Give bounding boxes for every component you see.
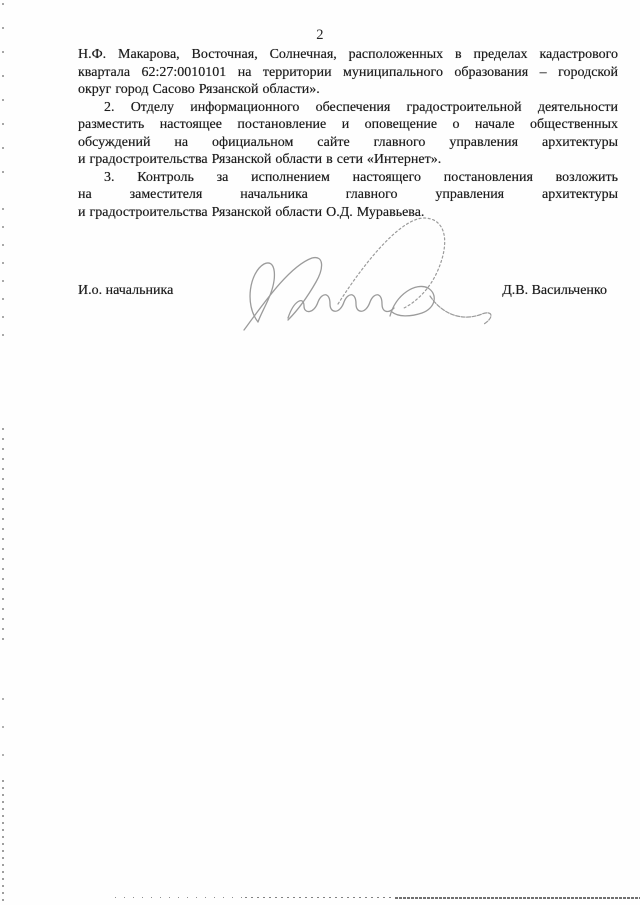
text-line: разместить настоящее постановление и опо… [78, 116, 618, 134]
text-line: 3. Контроль за исполнением настоящего по… [78, 169, 618, 187]
scan-noise-left-edge [2, 208, 4, 336]
page-number: 2 [0, 27, 640, 44]
text-line: квартала 62:27:0010101 на территории мун… [78, 64, 618, 82]
signature-tail [430, 296, 491, 324]
document-text: Н.Ф. Макарова, Восточная, Солнечная, рас… [78, 46, 618, 221]
scan-noise-left-edge [2, 698, 4, 762]
handwritten-signature [238, 212, 500, 340]
scan-noise-left-edge [2, 780, 4, 902]
scan-page-bottom-edge-line [245, 897, 395, 898]
scan-page-bottom-edge-line [395, 897, 640, 899]
paragraph: 2. Отделу информационного обеспечения гр… [78, 99, 618, 169]
text-line: 2. Отделу информационного обеспечения гр… [78, 99, 618, 117]
text-line: обсуждений на официальном сайте главного… [78, 134, 618, 152]
signature-block: И.о. начальника Д.В. Васильченко [78, 283, 607, 299]
paragraph: 3. Контроль за исполнением настоящего по… [78, 169, 618, 222]
text-line: Н.Ф. Макарова, Восточная, Солнечная, рас… [78, 46, 618, 64]
scanned-document-page: 2 Н.Ф. Макарова, Восточная, Солнечная, р… [0, 0, 640, 905]
text-line: и градостроительства Рязанской области О… [78, 204, 618, 222]
text-line: округ город Сасово Рязанской области». [78, 81, 618, 99]
scan-noise-left-edge [2, 3, 4, 183]
paragraph: Н.Ф. Макарова, Восточная, Солнечная, рас… [78, 46, 618, 99]
scan-noise-left-edge [2, 428, 4, 642]
scan-page-bottom-edge-line [115, 897, 245, 898]
text-line: и градостроительства Рязанской области в… [78, 151, 618, 169]
signer-name-label: Д.В. Васильченко [502, 283, 607, 299]
signer-position-label: И.о. начальника [78, 283, 173, 299]
text-line: на заместителя начальника главного управ… [78, 186, 618, 204]
